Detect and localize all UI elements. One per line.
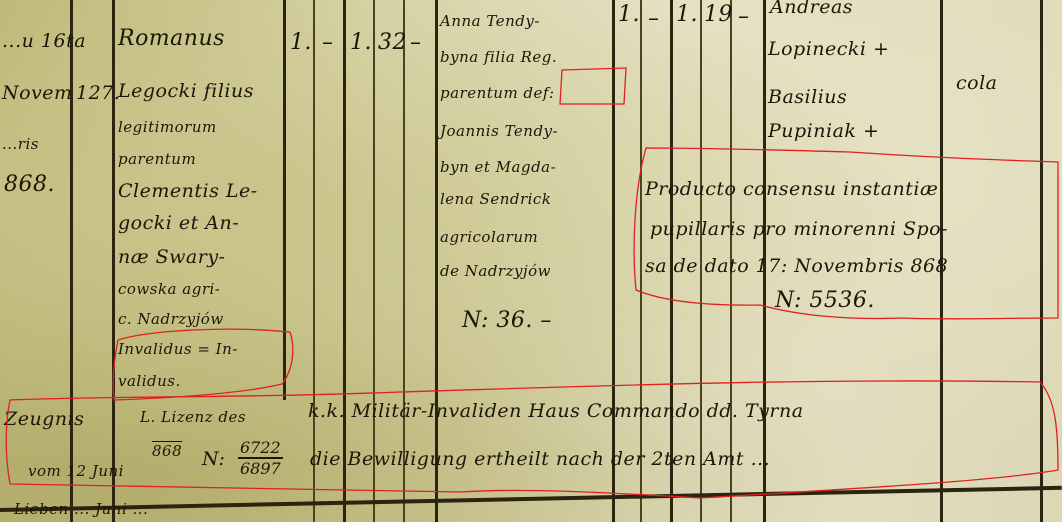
witness-line: Basilius (768, 86, 847, 108)
child-line-highlighted: validus. (118, 372, 181, 390)
bottom-ref: L. Lizenz des (140, 408, 246, 426)
scan-border (0, 522, 1062, 530)
tally-cell: – (738, 4, 750, 29)
child-line: cowska agri- (118, 280, 220, 298)
column-rule (435, 0, 438, 522)
mother-house-number: N: 36. – (462, 308, 552, 333)
bottom-number-prefix: N: (202, 448, 225, 470)
tally-cell: 1. (618, 2, 640, 27)
mother-line: Joannis Tendy- (440, 122, 558, 140)
mother-line: de Nadrzyjów (440, 262, 551, 280)
column-rule (283, 0, 286, 400)
mother-line: agricolarum (440, 228, 538, 246)
bottom-trailing-line: Lieben ... Juni ... (14, 500, 148, 518)
remark-word: cola (956, 72, 997, 94)
fraction-numerator: 6722 (238, 438, 283, 459)
bottom-left-line: Zeugnis (4, 408, 84, 430)
tally-cell: 32 (378, 30, 407, 55)
column-rule (373, 0, 375, 522)
register-page: ...u 16ta Novem ...ris 868. 127. Romanus… (0, 0, 1062, 522)
column-rule (1040, 0, 1043, 522)
child-line: Romanus (118, 26, 225, 51)
tally-cell: 1. (290, 30, 312, 55)
column-rule (112, 0, 115, 522)
column-rule (343, 0, 346, 522)
bottom-line-2: die Bewilligung ertheilt nach der 2ten A… (310, 448, 770, 470)
mother-line: Anna Tendy- (440, 12, 540, 30)
mother-line: parentum def: (440, 84, 555, 102)
bottom-number-fraction: 6722 6897 (238, 438, 283, 478)
tally-cell: – (322, 30, 334, 55)
column-rule (403, 0, 405, 522)
tally-cell: 19 (704, 2, 733, 27)
date-line: ...u 16ta (2, 30, 86, 52)
column-rule (640, 0, 642, 522)
child-line-highlighted: Invalidus = In- (118, 340, 238, 358)
mother-line: lena Sendrick (440, 190, 551, 208)
note-line: pupillaris pro minorenni Spo- (650, 218, 948, 240)
bottom-year: 868 (152, 442, 182, 460)
child-line: parentum (118, 150, 196, 168)
child-line: Clementis Le- (118, 180, 258, 202)
column-rule (612, 0, 615, 522)
column-rule (70, 0, 73, 522)
tally-cell: 1. (350, 30, 372, 55)
fraction-denominator: 6897 (238, 459, 283, 478)
child-line: legitimorum (118, 118, 217, 136)
bottom-left-line: vom 12 Juni (28, 462, 124, 480)
row-rule (0, 486, 1062, 512)
mother-line: byna filia Reg. (440, 48, 557, 66)
child-line: næ Swary- (118, 246, 225, 268)
child-line: Legocki filius (118, 80, 254, 102)
tally-cell: 1. (676, 2, 698, 27)
witness-line: Andreas (770, 0, 853, 18)
column-rule (313, 0, 315, 522)
date-year: 868. (4, 172, 55, 197)
tally-cell: – (648, 6, 660, 31)
witness-line: Pupiniak + (768, 120, 879, 142)
witness-line: Lopinecki + (768, 38, 889, 60)
date-line: Novem (2, 82, 73, 104)
note-number: N: 5536. (775, 288, 875, 313)
note-line: sa de dato 17: Novembris 868 (645, 255, 948, 277)
tally-cell: – (410, 30, 422, 55)
note-line: Producto consensu instantiæ (645, 178, 938, 200)
child-line: c. Nadrzyjów (118, 310, 224, 328)
date-line: ...ris (2, 135, 39, 153)
bottom-line-1: k.k. Militär-Invaliden Haus Commando dd.… (308, 400, 804, 422)
mother-line: byn et Magda- (440, 158, 556, 176)
child-line: gocki et An- (118, 212, 239, 234)
house-number: 127. (76, 82, 120, 104)
